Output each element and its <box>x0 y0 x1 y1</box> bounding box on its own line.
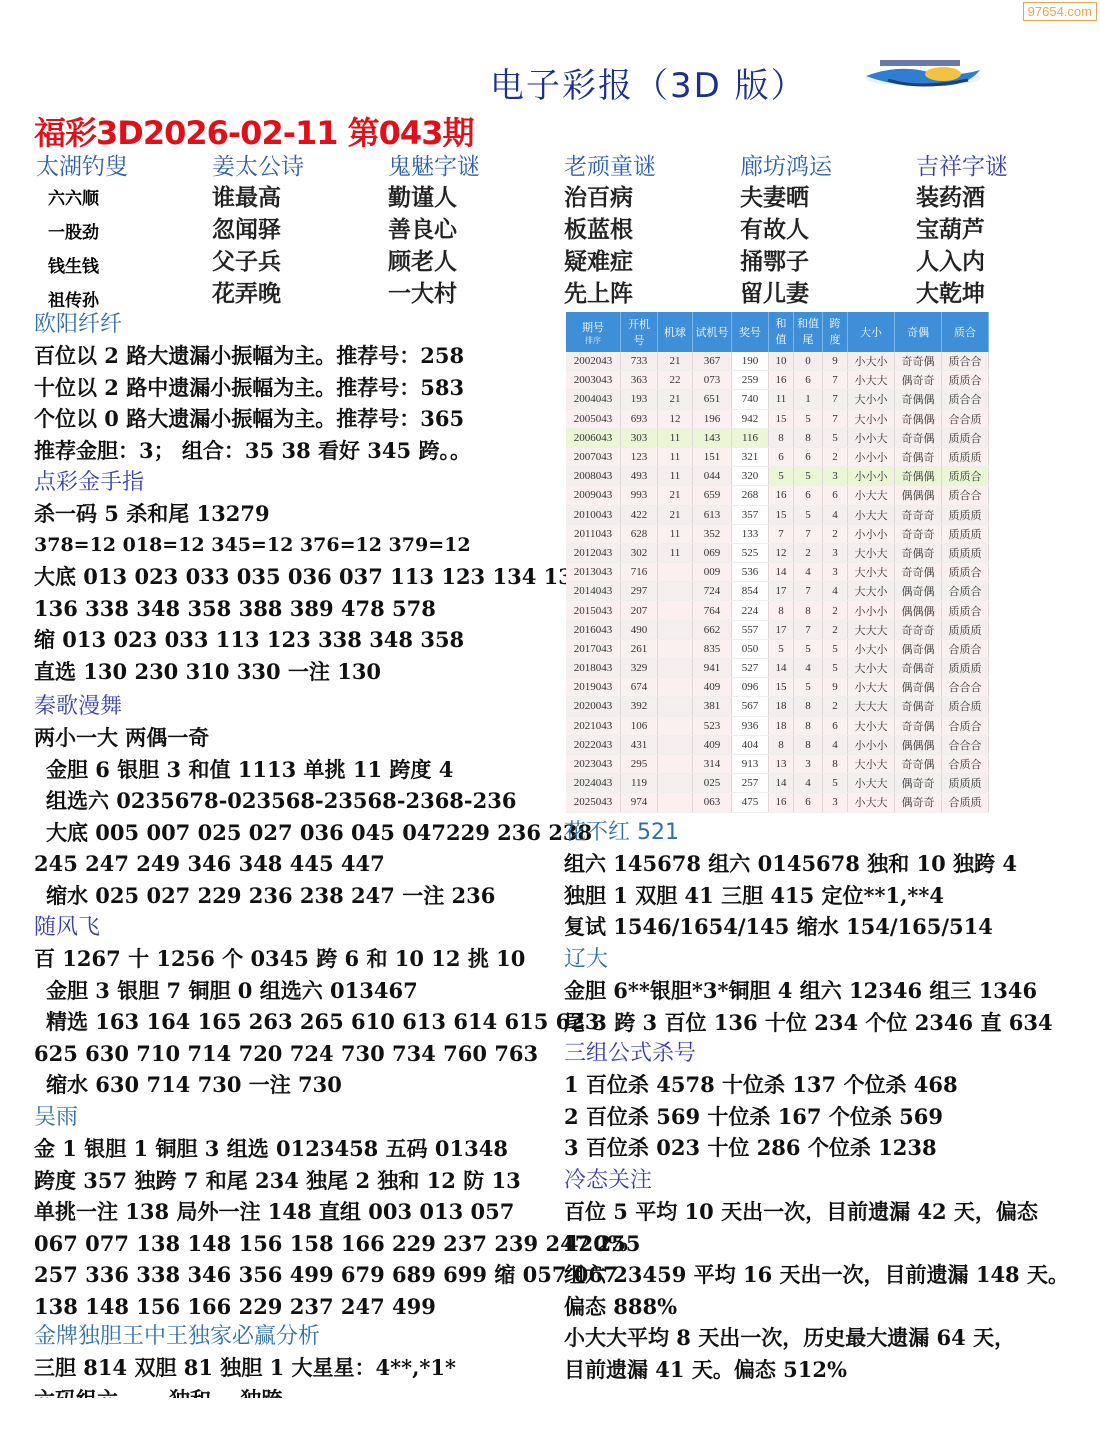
table-cell: 8 <box>769 601 794 620</box>
table-cell: 偶偶偶 <box>895 735 942 754</box>
table-cell: 8 <box>823 754 848 773</box>
table-cell: 314 <box>693 754 732 773</box>
column-header: 开机号 <box>621 312 658 352</box>
riddle-item: 装药酒 <box>916 182 1092 214</box>
table-cell: 936 <box>732 716 769 735</box>
table-row: 2003043363220732591667小大大偶奇奇质质合 <box>566 371 989 390</box>
table-cell: 奇偶偶 <box>895 390 942 409</box>
table-row: 200704312311151321662小小小奇偶奇质质质 <box>566 447 989 466</box>
table-cell: 质质质 <box>942 505 989 524</box>
table-cell: 21 <box>658 505 693 524</box>
table-row: 20250439740634751663小大大偶奇奇合质质 <box>566 793 989 812</box>
table-cell: 11 <box>769 390 794 409</box>
table-cell: 567 <box>732 697 769 716</box>
section-title: 辽大 <box>564 945 1053 975</box>
column-header: 质合 <box>942 312 989 352</box>
table-cell: 21 <box>658 486 693 505</box>
table-cell: 357 <box>732 505 769 524</box>
table-cell: 422 <box>621 505 658 524</box>
table-cell: 2 <box>823 601 848 620</box>
section-jinpai: 金牌独胆王中王独家必赢分析 三胆 814 双胆 81 独胆 1 大星星：4**,… <box>34 1322 456 1398</box>
table-cell: 321 <box>732 447 769 466</box>
section-line: 偏态 888% <box>564 1291 1069 1323</box>
table-cell: 小大小 <box>848 639 895 658</box>
table-cell: 5 <box>794 505 823 524</box>
table-cell: 质合质 <box>942 697 989 716</box>
riddle-item: 有故人 <box>740 214 916 246</box>
section-line: 百位 5 平均 10 天出一次，目前遗漏 42 天，偏态 <box>564 1196 1069 1228</box>
section-line: 067 077 138 148 156 158 166 229 237 239 … <box>34 1228 640 1260</box>
table-cell: 261 <box>621 639 658 658</box>
table-cell: 偶奇偶 <box>895 678 942 697</box>
section-title: 冷态关注 <box>564 1166 1069 1196</box>
table-cell: 5 <box>823 639 848 658</box>
table-cell: 724 <box>693 582 732 601</box>
table-cell: 1 <box>794 390 823 409</box>
table-cell: 527 <box>732 659 769 678</box>
riddle-column: 姜太公诗 谁最高 忽闻驿 父子兵 花弄晚 <box>212 152 388 318</box>
table-cell: 854 <box>732 582 769 601</box>
table-cell <box>658 620 693 639</box>
table-cell: 2002043 <box>566 352 621 371</box>
section-line: 跨度 357 独跨 7 和尾 234 独尾 2 独和 12 防 13 <box>34 1165 640 1197</box>
section-wuyu: 吴雨 金 1 银胆 1 铜胆 3 组选 0123458 五码 01348 跨度 … <box>34 1103 640 1322</box>
table-cell: 18 <box>769 716 794 735</box>
section-lengtai: 冷态关注 百位 5 平均 10 天出一次，目前遗漏 42 天，偏态 420% 组… <box>564 1166 1069 1385</box>
table-cell: 942 <box>732 409 769 428</box>
table-cell: 大小大 <box>848 754 895 773</box>
table-cell: 475 <box>732 793 769 812</box>
section-title: 花不红 521 <box>564 818 1017 848</box>
table-cell: 大小大 <box>848 543 895 562</box>
table-row: 20240431190252571445小大大偶奇奇质质质 <box>566 774 989 793</box>
riddle-item: 大乾坤 <box>916 278 1092 310</box>
table-cell: 小大大 <box>848 505 895 524</box>
column-header: 机球 <box>658 312 693 352</box>
table-cell: 2010043 <box>566 505 621 524</box>
table-cell: 8 <box>769 428 794 447</box>
table-cell: 0 <box>794 352 823 371</box>
section-line: 组六 145678 组六 0145678 独和 10 独跨 4 <box>564 848 1017 880</box>
table-cell <box>658 639 693 658</box>
table-cell: 2024043 <box>566 774 621 793</box>
table-cell: 合合质 <box>942 409 989 428</box>
table-cell: 6 <box>769 447 794 466</box>
table-cell: 8 <box>794 697 823 716</box>
riddle-item: 善良心 <box>388 214 564 246</box>
table-row: 20190436744090961559小大大偶奇偶合合合 <box>566 678 989 697</box>
table-cell: 5 <box>823 659 848 678</box>
table-cell: 2018043 <box>566 659 621 678</box>
section-line: 直选 130 230 310 330 一注 130 <box>34 656 587 688</box>
column-header: 跨度 <box>823 312 848 352</box>
column-header: 大小 <box>848 312 895 352</box>
section-line: 金胆 6**银胆*3*铜胆 4 组六 12346 组三 1346 <box>564 975 1053 1007</box>
riddle-author: 吉祥字谜 <box>916 152 1092 182</box>
section-line: 378=12 018=12 345=12 376=12 379=12 <box>34 530 587 562</box>
section-line: 136 338 348 358 388 389 478 578 <box>34 593 587 625</box>
table-cell: 525 <box>732 543 769 562</box>
table-cell: 693 <box>621 409 658 428</box>
table-cell: 3 <box>823 467 848 486</box>
table-cell: 合质合 <box>942 639 989 658</box>
table-cell: 662 <box>693 620 732 639</box>
section-line: 三胆 814 双胆 81 独胆 1 大星星：4**,*1* <box>34 1352 456 1384</box>
table-cell: 15 <box>769 678 794 697</box>
section-line: 缩水 025 027 229 236 238 247 一注 236 <box>34 880 592 912</box>
table-cell: 4 <box>794 659 823 678</box>
section-line: 杀一码 5 杀和尾 13279 <box>34 498 587 530</box>
section-line: 精选 163 164 165 263 265 610 613 614 615 6… <box>34 1006 599 1038</box>
table-cell: 490 <box>621 620 658 639</box>
section-line: 金胆 6 银胆 3 和值 1113 单挑 11 跨度 4 <box>34 754 592 786</box>
section-line: 组六 23459 平均 16 天出一次，目前遗漏 148 天。 <box>564 1259 1069 1291</box>
table-cell: 偶偶偶 <box>895 601 942 620</box>
column-header: 奇偶 <box>895 312 942 352</box>
section-line: 大底 005 007 025 027 036 045 047229 236 23… <box>34 817 592 849</box>
table-cell: 大大大 <box>848 697 895 716</box>
table-cell: 096 <box>732 678 769 697</box>
table-cell: 3 <box>794 754 823 773</box>
table-cell: 106 <box>621 716 658 735</box>
table-cell: 11 <box>658 543 693 562</box>
table-cell: 009 <box>693 563 732 582</box>
table-cell: 7 <box>794 524 823 543</box>
sort-icon[interactable]: 排序 <box>568 335 618 346</box>
table-cell <box>658 774 693 793</box>
table-cell: 5 <box>769 467 794 486</box>
table-cell: 628 <box>621 524 658 543</box>
table-cell: 409 <box>693 678 732 697</box>
table-cell: 偶奇偶 <box>895 639 942 658</box>
table-cell: 质合合 <box>942 486 989 505</box>
table-cell: 7 <box>823 390 848 409</box>
table-cell: 6 <box>823 716 848 735</box>
table-cell: 2022043 <box>566 735 621 754</box>
riddle-author: 廊坊鸿运 <box>740 152 916 182</box>
table-cell: 质质合 <box>942 563 989 582</box>
section-title: 金牌独胆王中王独家必赢分析 <box>34 1322 456 1352</box>
section-qinge: 秦歌漫舞 两小一大 两偶一奇 金胆 6 银胆 3 和值 1113 单挑 11 跨… <box>34 692 592 911</box>
table-cell: 12 <box>769 543 794 562</box>
table-cell: 小大大 <box>848 486 895 505</box>
table-cell: 193 <box>621 390 658 409</box>
table-cell: 123 <box>621 447 658 466</box>
table-cell: 2006043 <box>566 428 621 447</box>
watermark: 97654.com <box>1023 2 1097 21</box>
table-cell: 3 <box>823 563 848 582</box>
table-row: 20180433299415271445大小大奇偶奇质质质 <box>566 659 989 678</box>
section-line: 复试 1546/1654/145 缩水 154/165/514 <box>564 911 1017 943</box>
table-cell: 5 <box>794 678 823 697</box>
table-cell: 15 <box>769 409 794 428</box>
section-line: 2 百位杀 569 十位杀 167 个位杀 569 <box>564 1101 958 1133</box>
section-line: 单挑一注 138 局外一注 148 直组 003 013 057 <box>34 1196 640 1228</box>
table-cell: 224 <box>732 601 769 620</box>
riddle-item: 疑难症 <box>564 246 740 278</box>
table-cell: 小小小 <box>848 447 895 466</box>
table-cell: 奇奇偶 <box>895 428 942 447</box>
riddle-column: 太湖钓叟 六六顺 一股劲 钱生钱 祖传孙 <box>36 152 212 318</box>
table-cell: 偶奇奇 <box>895 371 942 390</box>
table-cell: 14 <box>769 774 794 793</box>
riddle-author: 姜太公诗 <box>212 152 388 182</box>
table-cell: 835 <box>693 639 732 658</box>
table-row: 2010043422216133571554小大大奇奇奇质质质 <box>566 505 989 524</box>
table-row: 2005043693121969421557大小小奇偶偶合合质 <box>566 409 989 428</box>
table-cell: 2005043 <box>566 409 621 428</box>
table-cell <box>658 582 693 601</box>
table-cell: 奇偶偶 <box>895 409 942 428</box>
table-row: 20140432977248541774大大小偶奇偶合质合 <box>566 582 989 601</box>
section-line: 两小一大 两偶一奇 <box>34 722 592 754</box>
table-cell: 733 <box>621 352 658 371</box>
section-ouyang: 欧阳纤纤 百位以 2 路大遗漏小振幅为主。推荐号：258 十位以 2 路中遗漏小… <box>34 310 471 466</box>
table-cell: 小大大 <box>848 774 895 793</box>
section-title: 秦歌漫舞 <box>34 692 592 722</box>
table-cell: 大大大 <box>848 620 895 639</box>
section-title: 三组公式杀号 <box>564 1039 958 1069</box>
table-cell: 偶奇奇 <box>895 774 942 793</box>
table-row: 200804349311044320553小小小奇偶偶质质合 <box>566 467 989 486</box>
table-cell: 质质质 <box>942 524 989 543</box>
riddle-item: 留儿妻 <box>740 278 916 310</box>
table-cell: 659 <box>693 486 732 505</box>
table-cell: 5 <box>794 639 823 658</box>
table-cell: 303 <box>621 428 658 447</box>
table-cell: 小小小 <box>848 601 895 620</box>
table-cell: 2011043 <box>566 524 621 543</box>
table-cell <box>658 678 693 697</box>
table-row: 2012043302110695251223大小大奇偶奇质质质 <box>566 543 989 562</box>
table-cell: 367 <box>693 352 732 371</box>
table-cell <box>658 716 693 735</box>
table-cell: 11 <box>658 467 693 486</box>
table-cell: 5 <box>823 428 848 447</box>
table-row: 20210431065239361886大小大奇奇偶合质合 <box>566 716 989 735</box>
riddle-item: 一股劲 <box>36 216 212 250</box>
riddle-item: 谁最高 <box>212 182 388 214</box>
history-table-body: 2002043733213671901009小大小奇奇偶质合合200304336… <box>566 352 989 812</box>
table-cell <box>658 601 693 620</box>
table-cell: 4 <box>823 505 848 524</box>
section-line: 大底 013 023 033 035 036 037 113 123 134 1… <box>34 561 587 593</box>
table-cell: 069 <box>693 543 732 562</box>
table-cell <box>658 793 693 812</box>
section-line: 十位以 2 路中遗漏小振幅为主。推荐号：583 <box>34 372 471 404</box>
table-cell: 16 <box>769 486 794 505</box>
table-cell: 偶奇偶 <box>895 582 942 601</box>
table-cell: 偶奇奇 <box>895 793 942 812</box>
table-cell: 奇奇奇 <box>895 505 942 524</box>
table-cell: 295 <box>621 754 658 773</box>
table-cell: 11 <box>658 428 693 447</box>
section-line: 百位以 2 路大遗漏小振幅为主。推荐号：258 <box>34 340 471 372</box>
table-cell <box>658 659 693 678</box>
riddle-item: 夫妻晒 <box>740 182 916 214</box>
table-cell: 大小大 <box>848 659 895 678</box>
section-title: 吴雨 <box>34 1103 640 1133</box>
table-cell: 2025043 <box>566 793 621 812</box>
riddle-item: 勤谨人 <box>388 182 564 214</box>
section-line: 420% <box>564 1228 1069 1260</box>
table-cell: 奇偶奇 <box>895 659 942 678</box>
table-cell: 2023043 <box>566 754 621 773</box>
table-cell: 716 <box>621 563 658 582</box>
table-cell: 381 <box>693 697 732 716</box>
table-cell: 5 <box>823 774 848 793</box>
table-cell: 合合合 <box>942 678 989 697</box>
table-cell: 4 <box>794 563 823 582</box>
table-cell: 21 <box>658 390 693 409</box>
section-line: 金 1 银胆 1 铜胆 3 组选 0123458 五码 01348 <box>34 1133 640 1165</box>
table-cell: 质合合 <box>942 390 989 409</box>
table-cell: 073 <box>693 371 732 390</box>
table-cell <box>658 563 693 582</box>
table-row: 20160434906625571772大大大奇奇奇质质质 <box>566 620 989 639</box>
table-cell: 2003043 <box>566 371 621 390</box>
table-row: 2004043193216517401117大小小奇偶偶质合合 <box>566 390 989 409</box>
section-line: 尾 3 跨 3 百位 136 十位 234 个位 2346 直 634 <box>564 1007 1053 1039</box>
table-cell: 404 <box>732 735 769 754</box>
table-cell: 大小小 <box>848 409 895 428</box>
table-cell: 2014043 <box>566 582 621 601</box>
table-cell: 2012043 <box>566 543 621 562</box>
table-cell: 6 <box>823 486 848 505</box>
table-cell: 025 <box>693 774 732 793</box>
table-row: 2017043261835050555小大小偶奇偶合质合 <box>566 639 989 658</box>
riddle-item: 一大村 <box>388 278 564 310</box>
riddle-item: 板蓝根 <box>564 214 740 246</box>
table-cell: 913 <box>732 754 769 773</box>
section-line: 独胆 1 双胆 41 三胆 415 定位**1,**4 <box>564 880 1017 912</box>
table-cell: 11 <box>658 447 693 466</box>
table-cell <box>658 697 693 716</box>
table-cell: 613 <box>693 505 732 524</box>
table-cell: 奇偶奇 <box>895 543 942 562</box>
section-line: 缩 013 023 033 113 123 338 348 358 <box>34 624 587 656</box>
riddle-item: 六六顺 <box>36 182 212 216</box>
table-cell: 合合合 <box>942 735 989 754</box>
section-line: 小大大平均 8 天出一次，历史最大遗漏 64 天， <box>564 1322 1069 1354</box>
riddle-item: 钱生钱 <box>36 250 212 284</box>
section-liaoda: 辽大 金胆 6**银胆*3*铜胆 4 组六 12346 组三 1346 尾 3 … <box>564 945 1053 1038</box>
table-cell: 523 <box>693 716 732 735</box>
table-row: 20200433923815671882大大大奇偶奇质合质 <box>566 697 989 716</box>
section-line: 缩水 630 714 730 一注 730 <box>34 1069 599 1101</box>
table-cell: 9 <box>823 678 848 697</box>
column-header: 和值 <box>769 312 794 352</box>
table-cell: 7 <box>769 524 794 543</box>
table-cell: 4 <box>794 774 823 793</box>
table-cell: 044 <box>693 467 732 486</box>
section-sanzu-gongshi: 三组公式杀号 1 百位杀 4578 十位杀 137 个位杀 468 2 百位杀 … <box>564 1039 958 1164</box>
section-title: 点彩金手指 <box>34 468 587 498</box>
table-cell: 740 <box>732 390 769 409</box>
table-cell: 奇奇偶 <box>895 352 942 371</box>
table-cell: 小大大 <box>848 793 895 812</box>
table-cell: 小小小 <box>848 735 895 754</box>
table-cell: 5 <box>794 409 823 428</box>
table-cell: 奇偶奇 <box>895 697 942 716</box>
table-cell: 15 <box>769 505 794 524</box>
table-cell: 16 <box>769 371 794 390</box>
table-cell: 2007043 <box>566 447 621 466</box>
column-header-period[interactable]: 期号 排序 <box>566 312 621 352</box>
section-line: 组选六 0235678-023568-23568-2368-236 <box>34 785 592 817</box>
section-line: 百 1267 十 1256 个 0345 跨 6 和 10 12 挑 10 <box>34 943 599 975</box>
column-header: 奖号 <box>732 312 769 352</box>
table-row: 2022043431409404884小小小偶偶偶合合合 <box>566 735 989 754</box>
table-cell: 6 <box>794 447 823 466</box>
riddle-author: 老顽童谜 <box>564 152 740 182</box>
table-cell: 小大小 <box>848 352 895 371</box>
table-cell: 320 <box>732 467 769 486</box>
riddle-item: 宝葫芦 <box>916 214 1092 246</box>
table-cell: 11 <box>658 524 693 543</box>
table-cell: 奇奇偶 <box>895 754 942 773</box>
table-cell: 8 <box>794 601 823 620</box>
table-cell: 7 <box>794 582 823 601</box>
table-cell: 7 <box>823 409 848 428</box>
riddle-item: 忽闻驿 <box>212 214 388 246</box>
riddle-column: 鬼魅字谜 勤谨人 善良心 顾老人 一大村 <box>388 152 564 318</box>
masthead-title: 电子彩报（3D 版） <box>490 58 807 107</box>
table-cell: 9 <box>823 352 848 371</box>
table-cell: 651 <box>693 390 732 409</box>
table-cell: 奇偶奇 <box>895 447 942 466</box>
table-cell: 2009043 <box>566 486 621 505</box>
table-cell: 2 <box>794 543 823 562</box>
section-huabuhong: 花不红 521 组六 145678 组六 0145678 独和 10 独跨 4 … <box>564 818 1017 943</box>
table-cell: 合质合 <box>942 716 989 735</box>
riddle-column: 廊坊鸿运 夫妻晒 有故人 捅鄂子 留儿妻 <box>740 152 916 318</box>
section-line: 个位以 0 路大遗漏小振幅为主。推荐号：365 <box>34 403 471 435</box>
table-cell: 大小大 <box>848 563 895 582</box>
issue-title: 福彩3D2026-02-11 第043期 <box>34 108 473 154</box>
table-cell <box>658 735 693 754</box>
table-cell: 奇奇偶 <box>895 716 942 735</box>
table-row: 20130437160095361443大小大奇奇偶质质合 <box>566 563 989 582</box>
section-line-cutoff: 六码组六 ......独和 ...独跨 ... <box>34 1384 456 1398</box>
table-cell: 16 <box>769 793 794 812</box>
table-cell: 21 <box>658 352 693 371</box>
riddle-item: 治百病 <box>564 182 740 214</box>
table-cell: 2 <box>823 697 848 716</box>
table-cell: 质质质 <box>942 659 989 678</box>
table-cell: 116 <box>732 428 769 447</box>
table-cell: 质合合 <box>942 352 989 371</box>
table-cell: 2021043 <box>566 716 621 735</box>
table-cell: 2 <box>823 620 848 639</box>
table-cell: 奇奇奇 <box>895 524 942 543</box>
table-cell: 8 <box>794 716 823 735</box>
table-cell: 2015043 <box>566 601 621 620</box>
table-cell: 质质合 <box>942 428 989 447</box>
table-cell: 993 <box>621 486 658 505</box>
section-line: 推荐金胆：3； 组合：35 38 看好 345 跨。。 <box>34 435 471 467</box>
table-cell: 7 <box>823 371 848 390</box>
table-cell: 14 <box>769 563 794 582</box>
table-cell: 392 <box>621 697 658 716</box>
table-cell: 3 <box>823 543 848 562</box>
riddle-item: 花弄晚 <box>212 278 388 310</box>
header-label: 期号 <box>582 321 604 334</box>
table-cell: 奇奇偶 <box>895 563 942 582</box>
table-cell: 大大小 <box>848 582 895 601</box>
table-cell: 119 <box>621 774 658 793</box>
table-row: 20230432953149131338大小大奇奇偶合质合 <box>566 754 989 773</box>
